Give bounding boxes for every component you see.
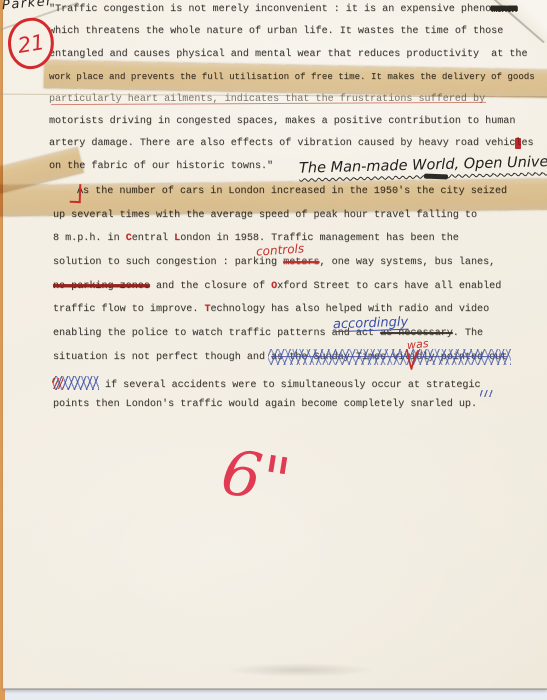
typed-text: situation is not perfect though and — [53, 352, 271, 363]
typed-line: points then London's traffic would again… — [53, 399, 507, 423]
typed-text-scribbled-blue: as the Sunday Times vividly pointed out — [271, 352, 507, 363]
typed-line: situation is not perfect though and as t… — [53, 352, 507, 376]
small-blue-mark — [480, 390, 493, 397]
typed-line: solution to such congestion : parking me… — [53, 257, 507, 281]
paper-bottom-edge — [3, 688, 547, 690]
typed-line: if several accidents were to simultaneou… — [53, 376, 507, 400]
typed-text-strike-heavy: no parking zones — [53, 281, 150, 292]
typed-text: if several accidents were to simultaneou… — [105, 380, 481, 391]
blue-scribble-mark — [53, 376, 99, 390]
typed-text: "Traffic congestion is not merely inconv… — [49, 4, 491, 15]
typed-line: no parking zones and the closure of Oxfo… — [53, 281, 507, 305]
typed-text: enabling the police to watch traffic pat… — [53, 328, 380, 339]
typed-text: echnology has also helped with radio and… — [211, 304, 490, 315]
size-note-handwriting: 6" — [217, 435, 296, 518]
typed-text: and the closure of — [150, 281, 271, 292]
typed-line: traffic flow to improve. Technology has … — [53, 304, 507, 328]
typed-text: solution to such congestion : parking — [53, 257, 283, 268]
typed-text: 8 m.p.h. in — [53, 233, 126, 244]
typed-text: . The — [453, 328, 483, 339]
paragraph-mark-icon — [70, 184, 82, 203]
typed-text: which threatens the whole nature of urba… — [49, 26, 503, 37]
typed-paragraph-london: As the number of cars in London increase… — [53, 186, 507, 423]
inserted-word-accordingly: accordingly — [333, 315, 409, 333]
typed-line: particularly heart ailments, indicates t… — [49, 94, 535, 116]
typed-text: , one way systems, bus lanes, — [320, 257, 496, 268]
typed-text: entangled and causes physical and mental… — [49, 49, 528, 60]
pencil-smudge — [225, 663, 375, 677]
typed-text: traffic flow to improve. — [53, 304, 204, 315]
page-number: 21 — [16, 30, 46, 58]
insertion-caret-icon — [404, 348, 420, 372]
typed-text: es — [521, 138, 533, 149]
typed-text: motorists driving in congested spaces, m… — [49, 116, 515, 127]
typed-line: "Traffic congestion is not merely inconv… — [49, 4, 535, 26]
typed-line: motorists driving in congested spaces, m… — [49, 116, 535, 138]
typed-text: ondon in 1958. Traffic management has be… — [180, 233, 459, 244]
typed-text-overtype: menon — [491, 4, 516, 15]
typed-text-strike-red: meters — [283, 257, 319, 268]
typed-line: which threatens the whole nature of urba… — [49, 26, 535, 48]
typed-text: xford Street to cars have all enabled — [277, 281, 501, 292]
scanned-document-page: "Traffic congestion is not merely inconv… — [0, 0, 547, 700]
typed-text: points then London's traffic would again… — [53, 399, 477, 410]
typed-text: artery damage. There are also effects of… — [49, 138, 515, 149]
typed-text: entral — [132, 233, 174, 244]
ink-scribble-blot — [424, 174, 448, 179]
